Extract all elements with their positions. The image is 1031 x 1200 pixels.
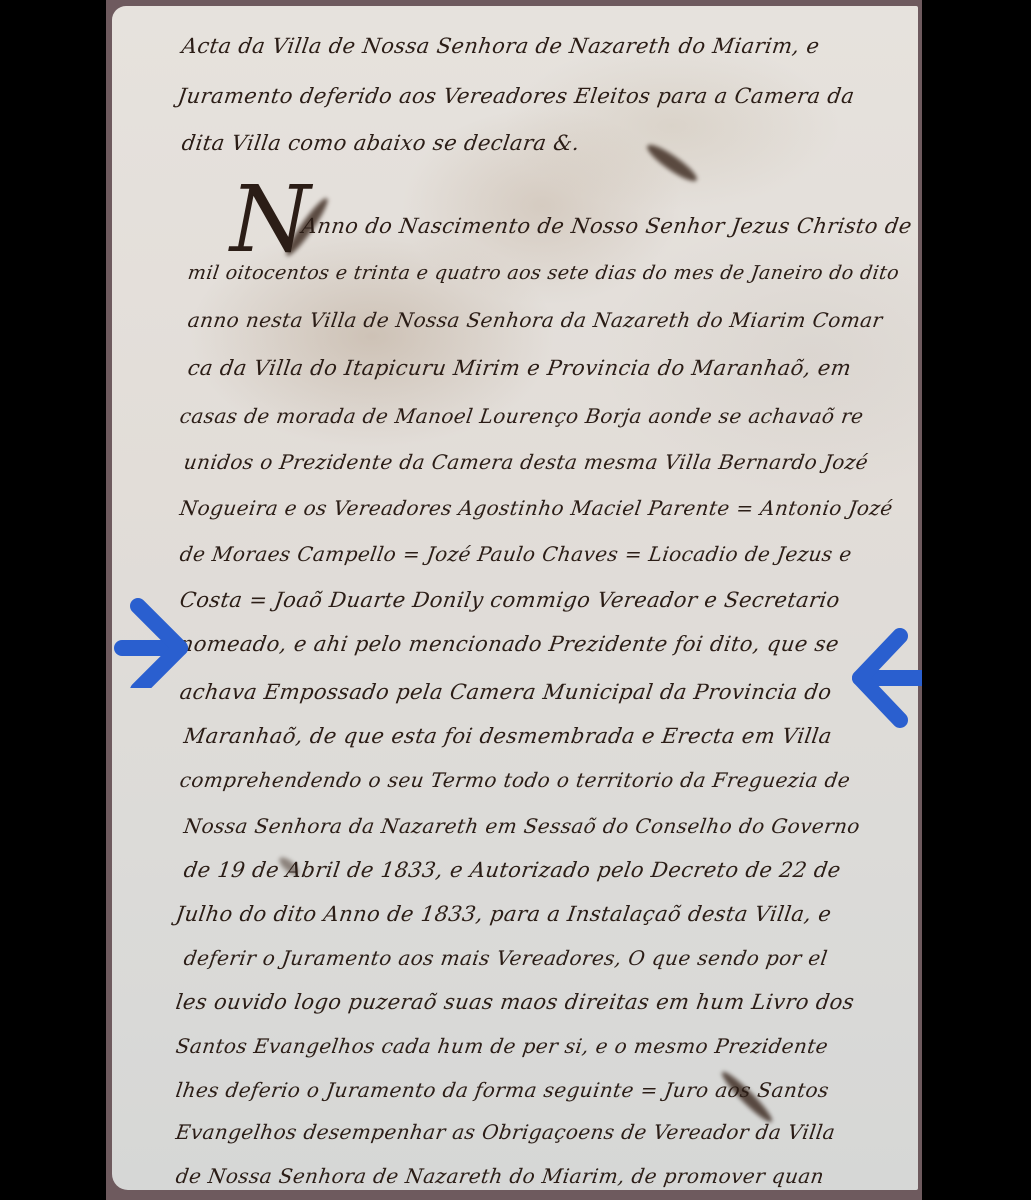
- text-line: Evangelhos desempenhar as Obrigaçoens de…: [174, 1120, 837, 1144]
- text-line: Nogueira e os Vereadores Agostinho Macie…: [178, 496, 894, 520]
- text-line: de 19 de Abril de 1833, e Autorizado pel…: [182, 858, 842, 882]
- text-line: deferir o Juramento aos mais Vereadores,…: [182, 946, 829, 970]
- text-line: Anno do Nascimento de Nosso Senhor Jezus…: [300, 214, 913, 238]
- text-line: les ouvido logo puzeraõ suas maos direit…: [174, 990, 855, 1014]
- arrow-left-icon: [852, 628, 922, 728]
- text-line: Maranhaõ, de que esta foi desmembrada e …: [182, 724, 833, 748]
- ink-blot: [643, 140, 700, 186]
- text-line: mil oitocentos e trinta e quatro aos set…: [186, 262, 900, 284]
- text-line: Nossa Senhora da Nazareth em Sessaõ do C…: [182, 814, 861, 838]
- text-line: unidos o Prezidente da Camera desta mesm…: [182, 450, 869, 474]
- text-line: casas de morada de Manoel Lourenço Borja…: [178, 404, 865, 428]
- arrow-right-icon: [112, 588, 190, 688]
- text-line: Juramento deferido aos Vereadores Eleito…: [176, 84, 856, 108]
- text-line: anno nesta Villa de Nossa Senhora da Naz…: [186, 308, 884, 332]
- text-line: comprehendendo o seu Termo todo o territ…: [178, 768, 852, 792]
- decorative-initial-N: N: [230, 174, 311, 266]
- text-line: dita Villa como abaixo se declara &.: [180, 131, 581, 155]
- text-line: nomeado, e ahi pelo mencionado Prezident…: [178, 632, 840, 656]
- highlighted-text-line: achava Empossado pela Camera Municipal d…: [178, 680, 833, 704]
- text-line: de Moraes Campello = Jozé Paulo Chaves =…: [178, 542, 853, 566]
- text-line: ca da Villa do Itapicuru Mirim e Provinc…: [186, 356, 853, 380]
- text-line: lhes deferio o Juramento da forma seguin…: [174, 1078, 830, 1102]
- text-line: Acta da Villa de Nossa Senhora de Nazare…: [180, 34, 821, 58]
- text-line: Santos Evangelhos cada hum de per si, e …: [174, 1034, 829, 1058]
- text-line: Costa = Joaõ Duarte Donily commigo Verea…: [178, 588, 841, 612]
- text-line: Julho do dito Anno de 1833, para a Insta…: [174, 902, 833, 926]
- manuscript-page: N Acta da Villa de Nossa Senhora de Naza…: [112, 6, 918, 1190]
- text-line: de Nossa Senhora de Nazareth do Miarim, …: [174, 1164, 825, 1188]
